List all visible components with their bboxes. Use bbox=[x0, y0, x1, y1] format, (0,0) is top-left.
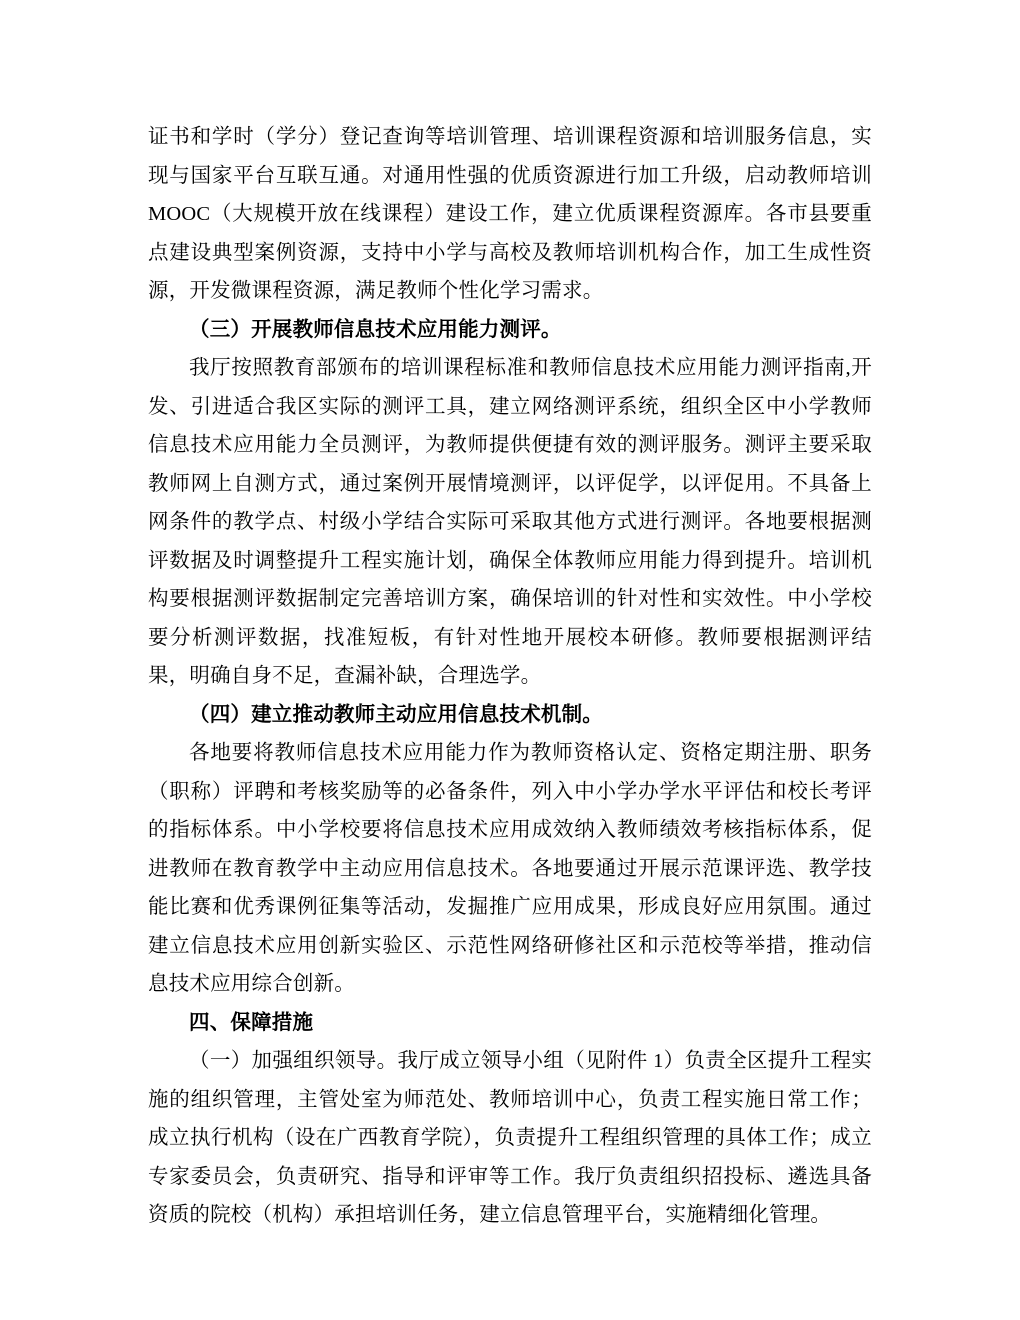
heading-section-4-application-mechanism: （四）建立推动教师主动应用信息技术机制。 bbox=[148, 696, 872, 735]
heading-section-3-ability-assessment: （三）开展教师信息技术应用能力测评。 bbox=[148, 311, 872, 350]
paragraph-assessment-details: 我厅按照教育部颁布的培训课程标准和教师信息技术应用能力测评指南,开发、引进适合我… bbox=[148, 349, 872, 696]
paragraph-organizational-leadership: （一）加强组织领导。我厅成立领导小组（见附件 1）负责全区提升工程实施的组织管理… bbox=[148, 1042, 872, 1235]
heading-chapter-4-safeguard-measures: 四、保障措施 bbox=[148, 1004, 872, 1043]
paragraph-training-resources-continuation: 证书和学时（学分）登记查询等培训管理、培训课程资源和培训服务信息，实现与国家平台… bbox=[148, 118, 872, 311]
document-page: 证书和学时（学分）登记查询等培训管理、培训课程资源和培训服务信息，实现与国家平台… bbox=[0, 0, 1020, 1320]
paragraph-mechanism-details: 各地要将教师信息技术应用能力作为教师资格认定、资格定期注册、职务（职称）评聘和考… bbox=[148, 734, 872, 1004]
